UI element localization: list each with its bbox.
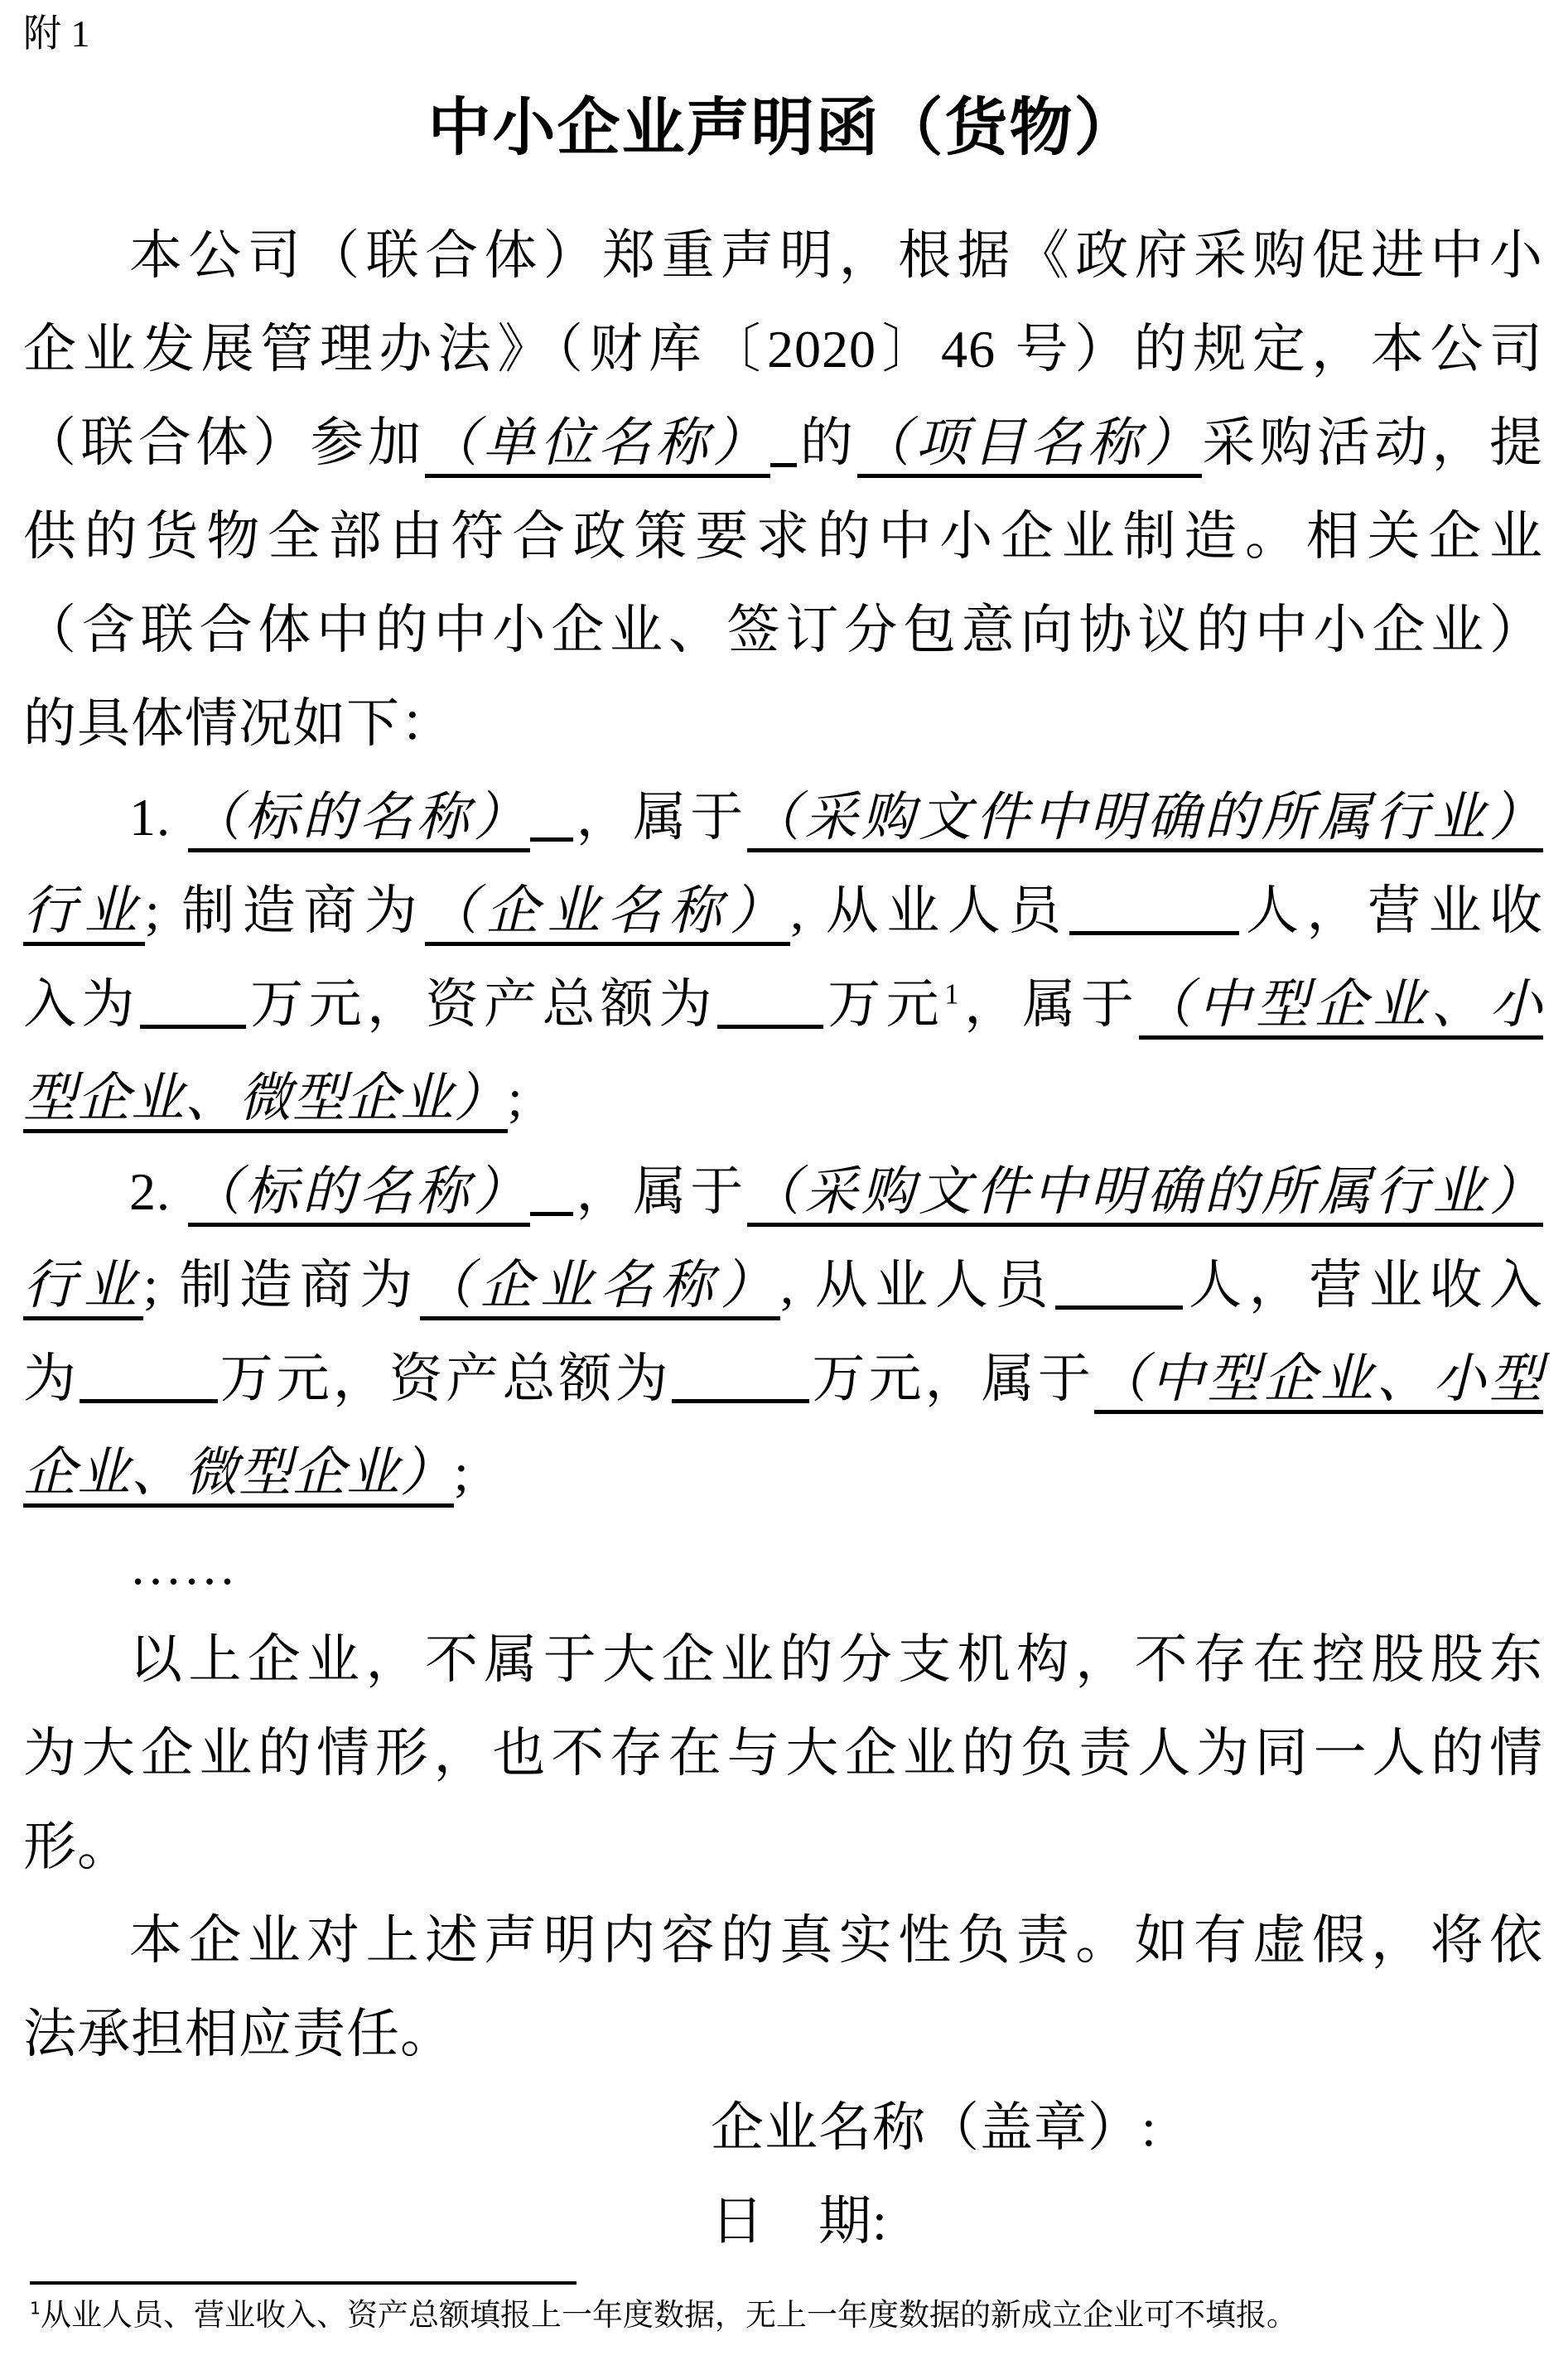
- text-run: （含联合体中的中小企业、签订分包意向协议的中小企业）: [23, 601, 1543, 659]
- text-run: 形。: [23, 1817, 131, 1876]
- text-run: 本企业对上述声明内容的真实性负责。如有虚假，将依: [129, 1911, 1543, 1970]
- blank-fill-field: [1069, 878, 1239, 935]
- company-name-seal-line: 企业名称（盖章）:: [23, 2081, 1543, 2174]
- text-line: 本公司（联合体）郑重声明，根据《政府采购促进中小: [23, 209, 1543, 302]
- text-line: 入为万元，资产总额为万元1，属于（中型企业、小: [23, 958, 1543, 1051]
- text-run: 供的货物全部由符合政策要求的中小企业制造。相关企业: [23, 507, 1543, 566]
- placeholder-text: （标的名称）: [188, 1162, 530, 1227]
- text-run: 为: [23, 1349, 80, 1408]
- text-line: 为万元，资产总额为万元，属于（中型企业、小型: [23, 1332, 1543, 1426]
- text-run: 入为: [23, 975, 140, 1034]
- text-run: 人，营业收: [1239, 881, 1543, 940]
- text-run: 企业发展管理办法》（财库〔2020〕46 号）的规定，本公司: [23, 320, 1543, 379]
- placeholder-text: （标的名称）: [188, 788, 530, 852]
- text-run: , 从业人员: [780, 1256, 1055, 1315]
- placeholder-text: 行业: [23, 1256, 143, 1320]
- text-run: 1.: [129, 788, 188, 847]
- footnote-ref: 1: [30, 2299, 41, 2319]
- text-run: 万元，资产总额为: [246, 975, 717, 1034]
- text-run: ，属于: [573, 788, 748, 847]
- text-line: ……: [23, 1519, 1543, 1613]
- blank-fill-field: [770, 410, 797, 467]
- text-run: 采购活动，提: [1202, 413, 1543, 472]
- text-run: 从业人员、营业收入、资产总额填报上一年度数据，无上一年度数据的新成立企业可不填报…: [41, 2297, 1297, 2333]
- text-line: 以上企业，不属于大企业的分支机构，不存在控股股东: [23, 1613, 1543, 1706]
- text-run: ，属于: [960, 975, 1140, 1034]
- document-title: 中小企业声明函（货物）: [23, 83, 1543, 172]
- placeholder-text: （单位名称）: [425, 413, 770, 478]
- text-run: 以上企业，不属于大企业的分支机构，不存在控股股东: [129, 1630, 1543, 1689]
- text-line: 本企业对上述声明内容的真实性负责。如有虚假，将依: [23, 1894, 1543, 1987]
- text-run: 2.: [129, 1162, 188, 1221]
- text-run: ; 制造商为: [143, 1256, 420, 1315]
- blank-fill-field: [530, 784, 572, 842]
- text-line: 1. （标的名称），属于（采购文件中明确的所属行业）: [23, 770, 1543, 864]
- blank-fill-field: [672, 1346, 809, 1403]
- text-line: 型企业、微型企业）;: [23, 1051, 1543, 1145]
- text-line: （含联合体中的中小企业、签订分包意向协议的中小企业）: [23, 583, 1543, 677]
- footnote-text: 1从业人员、营业收入、资产总额填报上一年度数据，无上一年度数据的新成立企业可不填…: [30, 2295, 1543, 2336]
- text-line: 为大企业的情形，也不存在与大企业的负责人为同一人的情: [23, 1706, 1543, 1800]
- placeholder-text: （采购文件中明确的所属行业）: [747, 788, 1543, 852]
- blank-fill-field: [80, 1346, 217, 1403]
- text-run: ; 制造商为: [145, 881, 425, 940]
- text-run: 日 期:: [711, 2192, 888, 2251]
- text-line: 的具体情况如下：: [23, 677, 1543, 770]
- placeholder-text: （企业名称）: [425, 881, 790, 946]
- text-line: 企业、微型企业）;: [23, 1426, 1543, 1519]
- text-line: 企业发展管理办法》（财库〔2020〕46 号）的规定，本公司: [23, 302, 1543, 396]
- text-run: 的: [797, 413, 858, 472]
- placeholder-text: （采购文件中明确的所属行业）: [747, 1162, 1543, 1227]
- text-run: , 从业人员: [790, 881, 1069, 940]
- placeholder-text: （企业名称）: [420, 1256, 780, 1320]
- placeholder-text: 型企业、微型企业）: [23, 1069, 508, 1133]
- text-run: 法承担相应责任。: [23, 2005, 454, 2063]
- placeholder-text: 企业、微型企业）: [23, 1443, 454, 1508]
- text-line: 行业; 制造商为（企业名称）, 从业人员人，营业收: [23, 864, 1543, 958]
- placeholder-text: （项目名称）: [857, 413, 1202, 478]
- text-run: 的具体情况如下：: [23, 694, 454, 753]
- date-line: 日 期:: [23, 2174, 1543, 2268]
- blank-fill-field: [717, 972, 823, 1029]
- text-line: 法承担相应责任。: [23, 1987, 1543, 2081]
- text-run: 为大企业的情形，也不存在与大企业的负责人为同一人的情: [23, 1724, 1543, 1783]
- text-run: ，属于: [573, 1162, 748, 1221]
- text-run: 万元: [823, 975, 944, 1034]
- attachment-label: 附 1: [23, 5, 1543, 63]
- text-line: 形。: [23, 1800, 1543, 1894]
- text-run: 人，营业收入: [1183, 1256, 1543, 1315]
- text-line: 供的货物全部由符合政策要求的中小企业制造。相关企业: [23, 490, 1543, 583]
- blank-fill-field: [530, 1159, 572, 1216]
- text-line: 2. （标的名称），属于（采购文件中明确的所属行业）: [23, 1145, 1543, 1238]
- blank-fill-field: [1055, 1252, 1183, 1310]
- document-page: 附 1 中小企业声明函（货物） 本公司（联合体）郑重声明，根据《政府采购促进中小…: [0, 0, 1568, 2360]
- footnote-ref: 1: [944, 978, 960, 1011]
- placeholder-text: 行业: [23, 881, 145, 946]
- text-line: （联合体）参加（单位名称）的（项目名称）采购活动，提: [23, 396, 1543, 490]
- footnote-divider: [30, 2281, 577, 2285]
- text-run: 万元，资产总额为: [218, 1349, 672, 1408]
- text-run: 本公司（联合体）郑重声明，根据《政府采购促进中小: [129, 226, 1543, 285]
- text-run: ……: [129, 1537, 237, 1595]
- text-run: 万元，属于: [809, 1349, 1094, 1408]
- text-run: ;: [508, 1069, 523, 1127]
- text-run: （联合体）参加: [23, 413, 425, 472]
- text-line: 行业; 制造商为（企业名称）, 从业人员人，营业收入: [23, 1238, 1543, 1332]
- text-run: ;: [454, 1443, 470, 1502]
- text-run: 企业名称（盖章）:: [711, 2098, 1157, 2157]
- placeholder-text: （中型企业、小型: [1094, 1349, 1543, 1414]
- blank-fill-field: [140, 972, 246, 1029]
- document-body: 本公司（联合体）郑重声明，根据《政府采购促进中小企业发展管理办法》（财库〔202…: [23, 209, 1543, 2268]
- placeholder-text: （中型企业、小: [1139, 975, 1543, 1040]
